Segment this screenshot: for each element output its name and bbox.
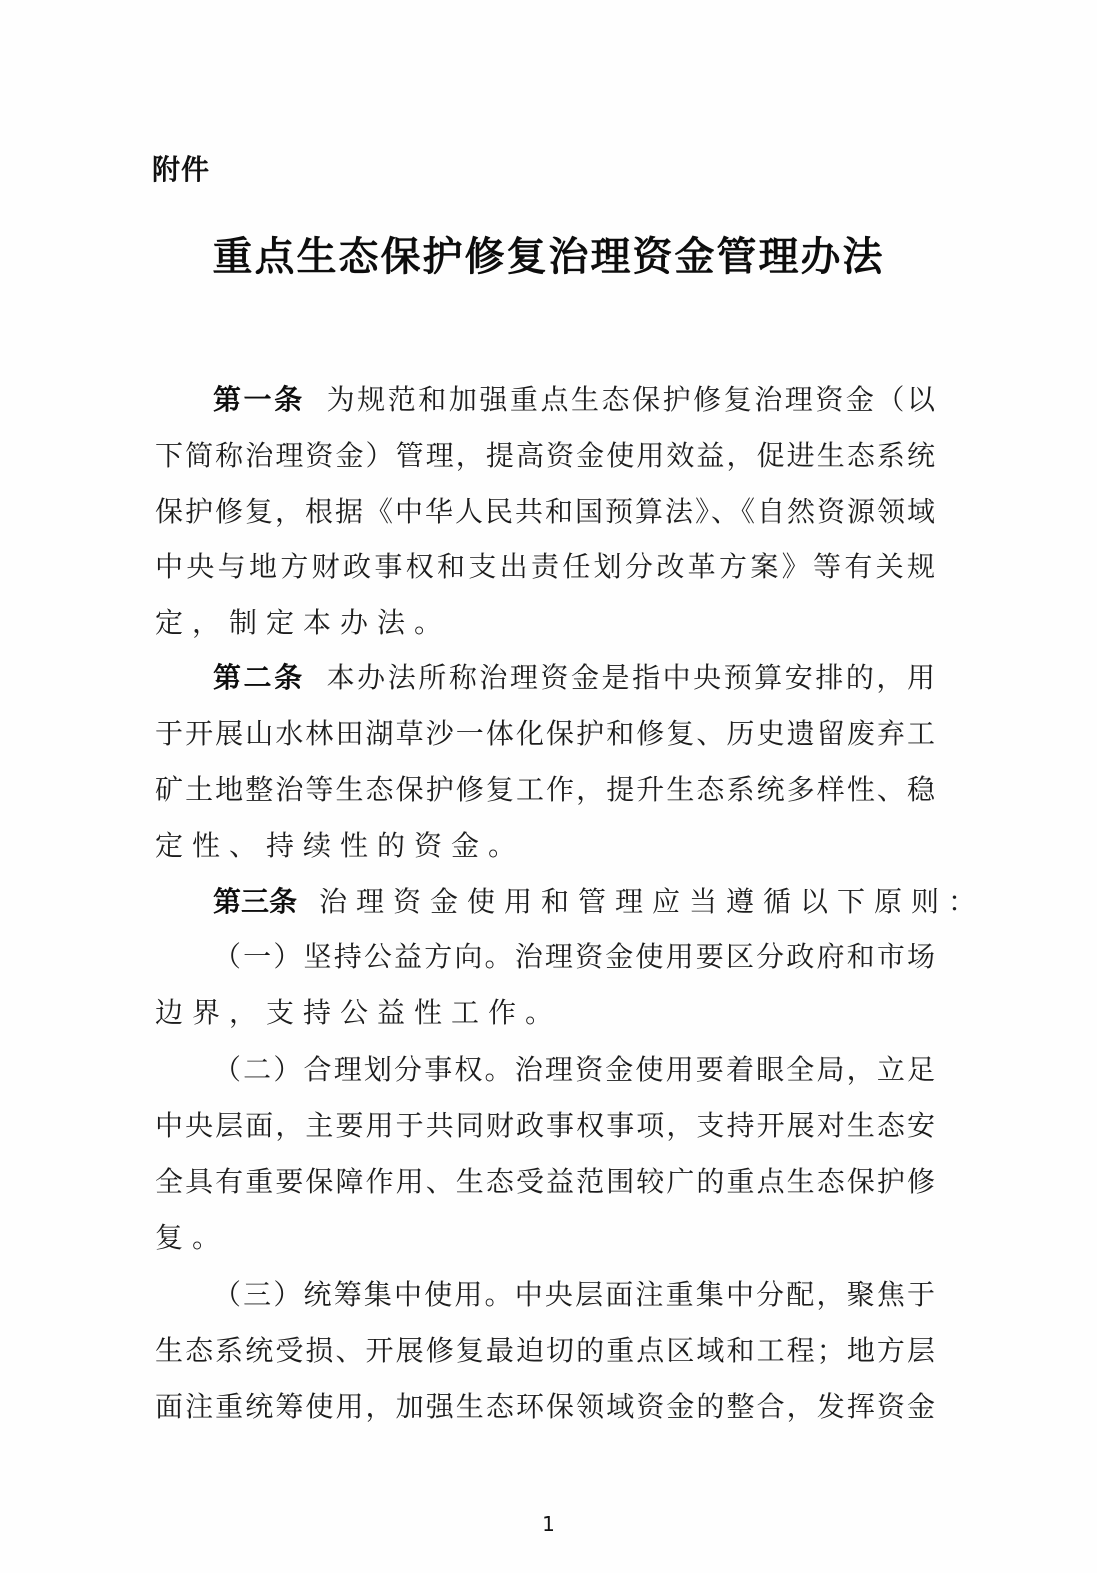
article-1-line-1: 第一条为规范和加强重点生态保护修复治理资金（以 [213,380,935,420]
principle-1-line-2: 边界，支持公益性工作。 [155,993,935,1033]
article-3-heading: 第三条 [213,885,297,918]
article-1-line-5: 定，制定本办法。 [155,603,935,643]
article-1-line-4: 中央与地方财政事权和支出责任划分改革方案》等有关规 [155,547,935,587]
principle-3-line-2: 生态系统受损、开展修复最迫切的重点区域和工程；地方层 [155,1331,935,1371]
article-3-line-1: 第三条治理资金使用和管理应当遵循以下原则： [213,882,935,922]
principle-3-line-1: （三）统筹集中使用。中央层面注重集中分配，聚焦于 [213,1275,935,1315]
principle-3-line-3: 面注重统筹使用，加强生态环保领域资金的整合，发挥资金 [155,1387,935,1427]
document-title: 重点生态保护修复治理资金管理办法 [0,225,1097,282]
principle-1-line-1: （一）坚持公益方向。治理资金使用要区分政府和市场 [213,937,935,977]
principle-2-line-3: 全具有重要保障作用、生态受益范围较广的重点生态保护修 [155,1162,935,1202]
article-2-heading: 第二条 [213,661,305,694]
article-1-line-2: 下简称治理资金）管理，提高资金使用效益，促进生态系统 [155,436,935,476]
text-line: 治理资金使用和管理应当遵循以下原则： [319,885,985,918]
article-2-line-3: 矿土地整治等生态保护修复工作，提升生态系统多样性、稳 [155,770,935,810]
text-line: 为规范和加强重点生态保护修复治理资金（以 [327,383,935,416]
article-2-line-1: 第二条本办法所称治理资金是指中央预算安排的，用 [213,658,935,698]
text-line: 本办法所称治理资金是指中央预算安排的，用 [327,661,935,694]
article-2-line-4: 定性、持续性的资金。 [155,826,935,866]
article-1-line-3: 保护修复，根据《中华人民共和国预算法》、《自然资源领域 [155,492,935,532]
article-1-heading: 第一条 [213,383,305,416]
document-page: 附件 重点生态保护修复治理资金管理办法 第一条为规范和加强重点生态保护修复治理资… [0,0,1097,1573]
principle-2-line-2: 中央层面，主要用于共同财政事权事项，支持开展对生态安 [155,1106,935,1146]
page-number: 1 [0,1512,1097,1536]
principle-2-line-1: （二）合理划分事权。治理资金使用要着眼全局，立足 [213,1050,935,1090]
principle-2-line-4: 复。 [155,1218,935,1258]
attachment-label: 附件 [152,148,210,188]
article-2-line-2: 于开展山水林田湖草沙一体化保护和修复、历史遗留废弃工 [155,714,935,754]
